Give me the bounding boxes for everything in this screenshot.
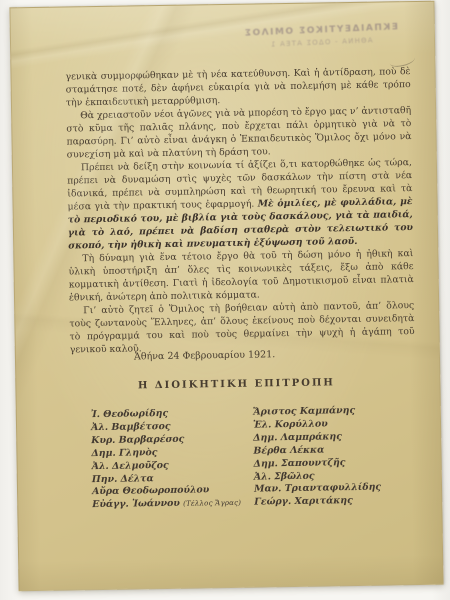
member-name-pseudonym: (Τέλλος Ἄγρας) <box>183 499 241 508</box>
paragraph-2: Θὰ χρειαστοῦν νέοι ἀγῶνες γιὰ νὰ μπορέση… <box>66 104 412 161</box>
body-text-block: γενικὰ συμμορφώθηκαν μὲ τὴ νέα κατεύθυνσ… <box>65 65 414 356</box>
paragraph-1: γενικὰ συμμορφώθηκαν μὲ τὴ νέα κατεύθυνσ… <box>65 65 411 109</box>
committee-heading: Η ΔΙΟΙΚΗΤΙΚΗ ΕΠΙΤΡΟΠΗ <box>56 376 416 393</box>
paragraph-4: Τὴ δύναμη γιὰ ἕνα τέτοιο ἔργο θὰ τοῦ τὴ … <box>68 247 414 304</box>
date-line: Ἀθήνα 24 Φεβρουαρίου 1921. <box>134 349 275 362</box>
committee-members-list: Ἰ. Θεοδωρίδης Ἄριστος Καμπάνης Ἀλ. Βαμβέ… <box>91 405 382 513</box>
member-name-right: Γεώργ. Χαριτάκης <box>254 495 381 510</box>
paragraph-5: Γι’ αὐτὸ ζητεῖ ὁ Ὅμιλος τὴ βοήθειαν αὐτὴ… <box>69 299 415 356</box>
stamp-address-line: ΑΘΗΝΑ - ΟΔΟΣ ΑΤΕΑ 1 <box>243 35 399 50</box>
document-paper: ΕΚΠΑΙΔΕΥΤΙΚΟΣ ΟΜΙΛΟΣ ΑΘΗΝΑ - ΟΔΟΣ ΑΤΕΑ 1… <box>9 1 443 592</box>
scanned-page-background: ΕΚΠΑΙΔΕΥΤΙΚΟΣ ΟΜΙΛΟΣ ΑΘΗΝΑ - ΟΔΟΣ ΑΤΕΑ 1… <box>0 0 450 600</box>
member-name: Εὐάγγ. Ἰωάννου <box>92 498 180 510</box>
member-name-left: Εὐάγγ. Ἰωάννου (Τέλλος Ἄγρας) <box>92 497 254 512</box>
paragraph-3: Πρέπει νὰ δείξη στὴν κοινωνία τί ἀξίζει … <box>67 156 413 252</box>
stamp-organization-line: ΕΚΠΑΙΔΕΥΤΙΚΟΣ ΟΜΙΛΟΣ <box>243 22 399 39</box>
bleed-through-stamp: ΕΚΠΑΙΔΕΥΤΙΚΟΣ ΟΜΙΛΟΣ ΑΘΗΝΑ - ΟΔΟΣ ΑΤΕΑ 1 <box>243 22 400 50</box>
